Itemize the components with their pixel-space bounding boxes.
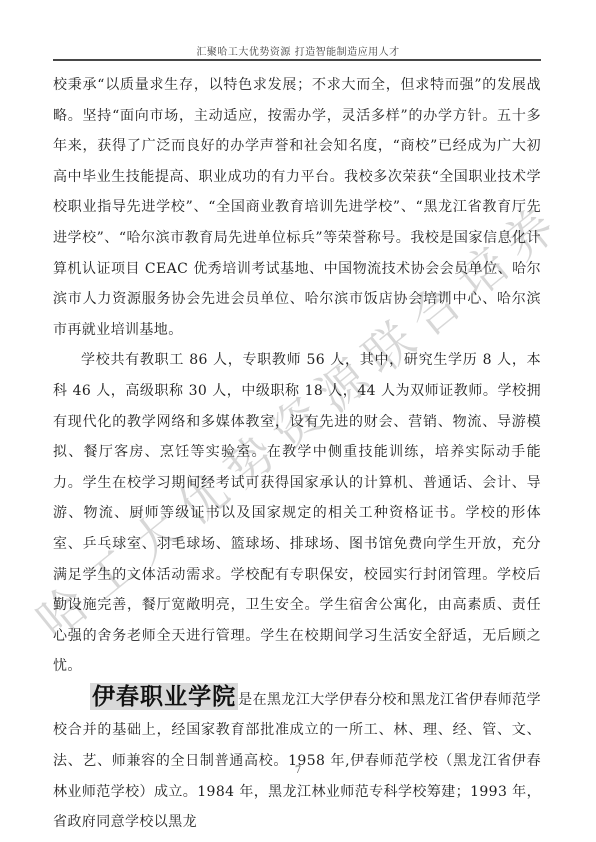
document-body: 校秉承“以质量求生存，以特色求发展；不求大而全，但求特而强”的发展战略。坚持“面…	[53, 70, 541, 838]
paragraph-1-text: 校秉承“以质量求生存，以特色求发展；不求大而全，但求特而强”的发展战略。坚持“面…	[53, 77, 541, 338]
document-page: 哈工大优势资源联合培养 汇聚哈工大优势资源 打造智能制造应用人才 校秉承“以质量…	[0, 0, 596, 842]
section-heading-yichun-vocational-college: 伊春职业学院	[90, 683, 238, 710]
paragraph-3-text: 是在黑龙江大学伊春分校和黑龙江省伊春师范学校合并的基础上，经国家教育部批准成立的…	[53, 692, 541, 830]
paragraph-3: 伊春职业学院是在黑龙江大学伊春分校和黑龙江省伊春师范学校合并的基础上，经国家教育…	[53, 682, 541, 838]
paragraph-2-text: 学校共有教职工 86 人，专职教师 56 人，其中，研究生学历 8 人，本科 4…	[53, 352, 541, 674]
header-rule	[53, 59, 541, 61]
paragraph-2: 学校共有教职工 86 人，专职教师 56 人，其中，研究生学历 8 人，本科 4…	[53, 345, 541, 682]
page-number: 7	[0, 765, 596, 776]
paragraph-1: 校秉承“以质量求生存，以特色求发展；不求大而全，但求特而强”的发展战略。坚持“面…	[53, 70, 541, 345]
page-header-title: 汇聚哈工大优势资源 打造智能制造应用人才	[0, 43, 596, 58]
